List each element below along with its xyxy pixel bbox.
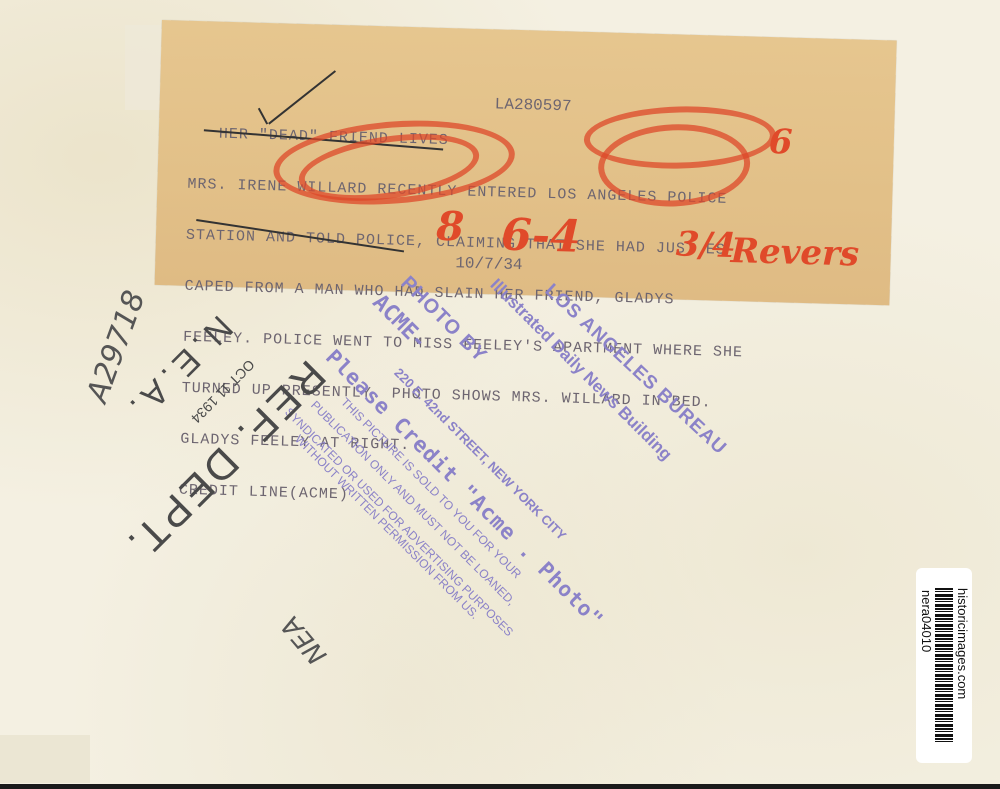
barcode-icon xyxy=(935,588,953,743)
scan-edge xyxy=(0,784,1000,789)
barcode-label: historicimages.com nera04010 xyxy=(916,568,972,763)
tape-residue xyxy=(0,735,90,783)
barcode-id: nera04010 xyxy=(919,590,934,652)
barcode-site: historicimages.com xyxy=(955,588,970,699)
red-crop-fraction: 3/4 xyxy=(675,224,736,266)
red-crop-size: 6-4 xyxy=(500,210,581,263)
red-number: 6 xyxy=(768,122,793,163)
caption-clipping: LA280597 HER "DEAD" FRIEND LIVES MRS. IR… xyxy=(155,20,897,305)
red-reverse-note: Revers xyxy=(730,231,859,275)
caption-line: CAPED FROM A MAN WHO HAD SLAIN HER FRIEN… xyxy=(184,278,744,311)
red-crop-number: 8 xyxy=(436,203,465,251)
